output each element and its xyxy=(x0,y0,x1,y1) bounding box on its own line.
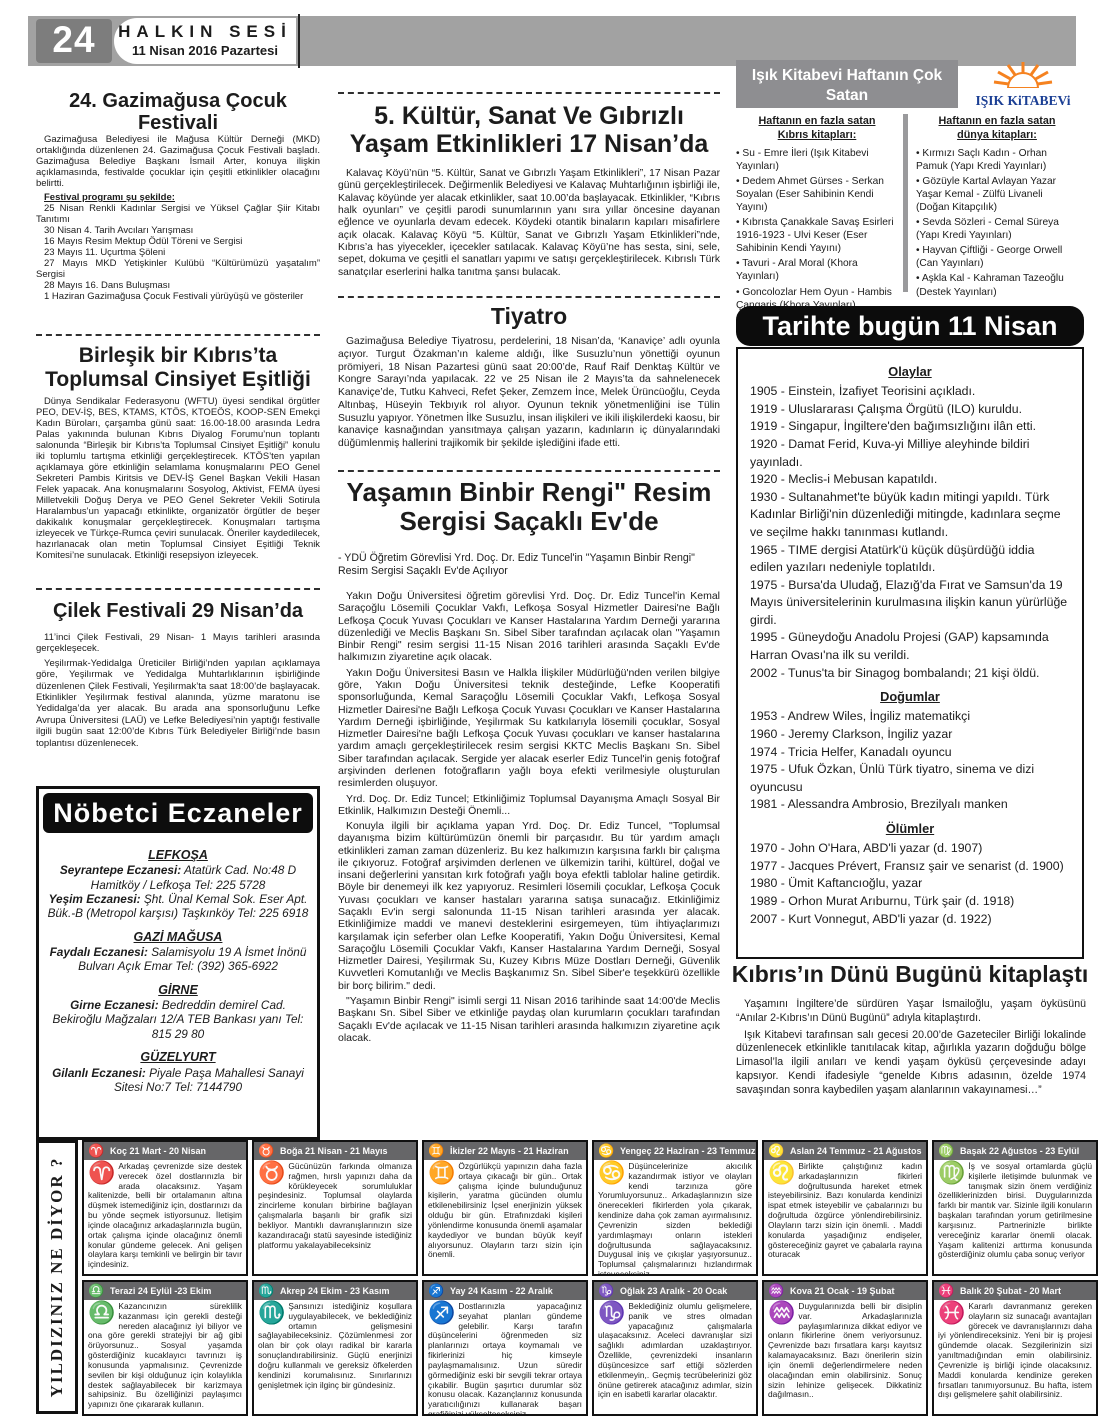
history-birth: 1960 - Jeremy Clarkson, İngiliz yazar xyxy=(750,726,1070,744)
festival-program-item: 1 Haziran Gazimağusa Çocuk Festivali yür… xyxy=(36,291,320,302)
masthead-divider xyxy=(298,14,300,68)
book-item: Hayvan Çiftliği - George Orwell (Can Yay… xyxy=(916,244,1078,270)
libra-icon: ♎ xyxy=(88,1302,115,1324)
isik-header-line1: Işık Kitabevi Haftanın Çok Satan xyxy=(736,66,958,106)
separator xyxy=(338,296,720,298)
cancer-icon: ♋ xyxy=(598,1142,614,1160)
sagittarius-icon: ♐ xyxy=(428,1282,444,1300)
resim-title-line2: Sergisi Saçaklı Ev'de xyxy=(338,507,720,536)
horoscope-header: ♒Kova 21 Ocak - 19 Şubat xyxy=(764,1282,926,1300)
sign-name: Oğlak 23 Aralık - 20 Ocak xyxy=(620,1286,727,1296)
book-item: Gözüyle Kartal Avlayan Yazar Yaşar Kemal… xyxy=(916,175,1078,214)
gemini-icon: ♊ xyxy=(428,1142,444,1160)
leo-icon: ♌ xyxy=(768,1162,795,1184)
isik-kitabevi-header: Işık Kitabevi Haftanın Çok Satan Kitapla… xyxy=(736,60,958,108)
article-tiyatro-body: Gazimağusa Belediye Tiyatrosu, perdeleri… xyxy=(338,336,720,468)
cilek-paragraph: Yeşilırmak-Yedidalga Üreticiler Birliği’… xyxy=(36,658,320,749)
aries-icon: ♈ xyxy=(88,1162,115,1184)
isik-logo-text: IŞIK KiTABEVi xyxy=(962,93,1084,109)
horoscope-aries: ♈Koç 21 Mart - 20 Nisan ♈Arkadaş çevreni… xyxy=(82,1140,248,1276)
history-birth: 1953 - Andrew Wiles, İngiliz matematikçi xyxy=(750,708,1070,726)
virgo-icon: ♍ xyxy=(938,1162,965,1184)
history-event: 2002 - Tunus'ta bir Sinagog bombalandı; … xyxy=(750,665,1070,683)
kultur-title-line1: 5. Kültür, Sanat Ve Gıbrızlı xyxy=(338,102,720,130)
horoscope-header: ♈Koç 21 Mart - 20 Nisan xyxy=(84,1142,246,1160)
festival-paragraph: Gazimağusa Belediyesi ile Mağusa Kültür … xyxy=(36,134,320,189)
festival-program-item: 16 Mayıs Resim Mektup Ödül Töreni ve Ser… xyxy=(36,236,320,247)
horoscope-text: ♉Gücünüzün farkında olmanıza rağmen, hır… xyxy=(254,1160,416,1252)
festival-program-item: 25 Nisan Renkli Kadınlar Sergisi ve Yüks… xyxy=(36,203,320,225)
horoscope-text: ♒Duygularınızda belli bir disiplin var. … xyxy=(764,1300,926,1402)
pharmacies-banner: Nöbetci Eczaneler xyxy=(43,793,313,833)
horoscope-text: ♍İş ve sosyal ortamlarda güçlü kişilerle… xyxy=(934,1160,1096,1262)
sign-name: Koç 21 Mart - 20 Nisan xyxy=(110,1146,206,1156)
kitap-paragraph: Işık Kitabevi tarafınsan salı gecesi 20.… xyxy=(736,1029,1086,1098)
pharmacy-name: Faydalı Eczanesi: xyxy=(50,945,148,959)
article-kultur-body: Kalavaç Köyü’nün “5. Kültür, Sanat ve Gı… xyxy=(338,168,720,292)
book-item: Dedem Ahmet Gürses - Serkan Soyalan (Ese… xyxy=(736,175,898,214)
taurus-icon: ♉ xyxy=(258,1142,274,1160)
article-cilek-body: 11’inci Çilek Festivali, 29 Nisan- 1 May… xyxy=(36,632,320,782)
article-festival-body: Gazimağusa Belediyesi ile Mağusa Kültür … xyxy=(36,134,320,334)
list-divider xyxy=(903,114,908,292)
aquarius-icon: ♒ xyxy=(768,1302,795,1324)
list-heading-line2: Kıbrıs kitapları: xyxy=(736,128,898,142)
history-section-heading: Ölümler xyxy=(750,820,1070,838)
horoscope-header: ♓Balık 20 Şubat - 20 Mart xyxy=(934,1282,1096,1300)
bestseller-lists: Haftanın en fazla satan Kıbrıs kitapları… xyxy=(736,114,1084,300)
history-birth: 1981 - Alessandra Ambrosio, Brezilyalı m… xyxy=(750,796,1070,814)
sign-name: Akrep 24 Ekim - 23 Kasım xyxy=(280,1286,390,1296)
kultur-paragraph: Kalavaç Köyü’nün “5. Kültür, Sanat ve Gı… xyxy=(338,168,720,279)
pharmacies-box: Nöbetci Eczaneler LEFKOŞA Seyrantepe Ecz… xyxy=(36,786,320,1140)
horoscope-text: ♑Beklediğiniz olumlu gelişmelere, panik … xyxy=(594,1300,756,1402)
book-item: Su - Emre İleri (Işık Kitabevi Yayınları… xyxy=(736,147,898,173)
masthead-title: HALKIN SESİ xyxy=(114,22,296,42)
festival-program-item: 27 Mayıs MKD Yetişkinler Kulübü “Kültürü… xyxy=(36,258,320,280)
pharmacy-name: Gilanlı Eczanesi: xyxy=(52,1066,146,1080)
festival-program-item: 30 Nisan 4. Tarih Avcıları Yarışması xyxy=(36,225,320,236)
horoscope-capricorn: ♑Oğlak 23 Aralık - 20 Ocak ♑Beklediğiniz… xyxy=(592,1280,758,1416)
horoscope-header: ♐Yay 24 Kasım - 22 Aralık xyxy=(424,1282,586,1300)
bestseller-list-world: Haftanın en fazla satan dünya kitapları:… xyxy=(916,114,1078,301)
article-festival-title: 24. Gazimağusa Çocuk Festivali xyxy=(36,90,320,135)
pharmacy-name: Seyrantepe Eczanesi: xyxy=(60,863,181,877)
horoscope-header: ♊İkizler 22 Mayıs - 21 Haziran xyxy=(424,1142,586,1160)
resim-paragraph: Yakın Doğu Üniversitesi öğretim görevlis… xyxy=(338,590,720,664)
horoscope-text: ♈Arkadaş çevrenizde size destek verecek … xyxy=(84,1160,246,1272)
horoscope-text: ♋Düşüncelerinize akıcılık kazandırmak is… xyxy=(594,1160,756,1276)
history-section-heading: Olaylar xyxy=(750,363,1070,381)
article-resim-title: Yaşamın Binbir Rengi" Resim Sergisi Saça… xyxy=(338,478,720,536)
pharmacy-entry: Faydalı Eczanesi: Salamisyolu 19 A İsmet… xyxy=(45,945,311,974)
article-kitap-body: Yaşamını İngiltere’de sürdüren Yaşar İsm… xyxy=(736,998,1086,1136)
capricorn-icon: ♑ xyxy=(598,1302,625,1324)
list-heading: Haftanın en fazla satan dünya kitapları: xyxy=(916,114,1078,142)
sagittarius-icon: ♐ xyxy=(428,1302,455,1324)
history-birth: 1975 - Ufuk Özkan, Ünlü Türk tiyatro, si… xyxy=(750,761,1070,796)
book-item: Kıbrısta Çanakkale Savaş Esirleri 1916-1… xyxy=(736,216,898,255)
list-heading: Haftanın en fazla satan Kıbrıs kitapları… xyxy=(736,114,898,142)
resim-paragraph: Konuyla ilgili bir açıklama yapan Yrd. D… xyxy=(338,820,720,992)
cancer-icon: ♋ xyxy=(598,1162,625,1184)
sign-name: Terazi 24 Eylül -23 Ekim xyxy=(110,1286,211,1296)
scorpio-icon: ♏ xyxy=(258,1282,274,1300)
article-resim-body: Yakın Doğu Üniversitesi öğretim görevlis… xyxy=(338,590,720,1138)
aries-icon: ♈ xyxy=(88,1142,104,1160)
masthead: HALKIN SESİ 11 Nisan 2016 Pazartesi xyxy=(114,18,296,64)
history-event: 1965 - TIME dergisi Atatürk'ü küçük düşü… xyxy=(750,542,1070,577)
horoscope-taurus: ♉Boğa 21 Nisan - 21 Mayıs ♉Gücünüzün far… xyxy=(252,1140,418,1276)
book-item: Aşkla Kal - Kahraman Tazeoğlu (Destek Ya… xyxy=(916,272,1078,298)
pharmacy-city: GÜZELYURT xyxy=(45,1050,311,1065)
pharmacy-entry: Seyrantepe Eczanesi: Atatürk Cad. No:48 … xyxy=(45,863,311,892)
gemini-icon: ♊ xyxy=(428,1162,455,1184)
tiyatro-paragraph: Gazimağusa Belediye Tiyatrosu, perdeleri… xyxy=(338,336,720,451)
aquarius-icon: ♒ xyxy=(768,1282,784,1300)
horoscope-gemini: ♊İkizler 22 Mayıs - 21 Haziran ♊Özgürlük… xyxy=(422,1140,588,1276)
pharmacy-entry: Gilanlı Eczanesi: Piyale Paşa Mahallesi … xyxy=(45,1066,311,1095)
taurus-icon: ♉ xyxy=(258,1162,285,1184)
article-kitap-title: Kıbrıs’ın Dünü Bugünü kitaplaştı xyxy=(730,962,1090,988)
separator xyxy=(338,92,720,94)
horoscope-leo: ♌Aslan 24 Temmuz - 21 Ağustos ♌Birlikte … xyxy=(762,1140,928,1276)
history-today-title: Tarihte bugün 11 Nisan xyxy=(736,306,1084,346)
history-death: 1970 - John O'Hara, ABD'li yazar (d. 190… xyxy=(750,840,1070,858)
history-event: 1920 - Damat Ferid, Kuva-yi Milliye aley… xyxy=(750,436,1070,471)
kitap-paragraph: Yaşamını İngiltere’de sürdüren Yaşar İsm… xyxy=(736,998,1086,1026)
horoscope-sagittarius: ♐Yay 24 Kasım - 22 Aralık ♐Dostlarınızla… xyxy=(422,1280,588,1416)
separator xyxy=(36,334,320,336)
article-kultur-title: 5. Kültür, Sanat Ve Gıbrızlı Yaşam Etkin… xyxy=(338,102,720,158)
newspaper-page: 24 HALKIN SESİ 11 Nisan 2016 Pazartesi 2… xyxy=(0,0,1102,1417)
separator xyxy=(36,588,320,590)
festival-program-item: 23 Mayıs 11. Uçurtma Şöleni xyxy=(36,247,320,258)
history-event: 1920 - Meclis-i Mebusan kapatıldı. xyxy=(750,471,1070,489)
pharmacy-city: LEFKOŞA xyxy=(45,848,311,863)
sign-name: Başak 22 Ağustos - 23 Eylül xyxy=(960,1146,1079,1156)
history-event: 1919 - Singapur, İngiltere'den bağımsızl… xyxy=(750,418,1070,436)
book-item: Tavuri - Aral Moral (Khora Yayınları) xyxy=(736,257,898,283)
article-tiyatro-title: Tiyatro xyxy=(338,304,720,330)
kultur-title-line2: Yaşam Etkinlikleri 17 Nisan’da xyxy=(338,130,720,158)
history-death: 2007 - Kurt Vonnegut, ABD'li yazar (d. 1… xyxy=(750,911,1070,929)
horoscope-text: ♓Kararlı davranmanız gereken olayların s… xyxy=(934,1300,1096,1402)
horoscope-text: ♊Özgürlükçü yapınızın daha fazla ortaya … xyxy=(424,1160,586,1262)
horoscope-header: ♑Oğlak 23 Aralık - 20 Ocak xyxy=(594,1282,756,1300)
horoscope-header: ♍Başak 22 Ağustos - 23 Eylül xyxy=(934,1142,1096,1160)
pharmacy-entry: Girne Eczanesi: Bedreddin demirel Cad. B… xyxy=(45,998,311,1041)
book-item: Sevda Sözleri - Cemal Süreya (Yapı Kredi… xyxy=(916,216,1078,242)
pharmacy-city: GİRNE xyxy=(45,983,311,998)
horoscope-header: ♌Aslan 24 Temmuz - 21 Ağustos xyxy=(764,1142,926,1160)
horoscope-header: ♏Akrep 24 Ekim - 23 Kasım xyxy=(254,1282,416,1300)
horoscope-banner-text: YILDIZINIZ NE DİYOR ? xyxy=(47,1157,67,1398)
horoscope-header: ♎Terazi 24 Eylül -23 Ekim xyxy=(84,1282,246,1300)
pharmacy-city: GAZİ MAĞUSA xyxy=(45,930,311,945)
article-cinsiyet-body: Dünya Sendikalar Federasyonu (WFTU) üyes… xyxy=(36,395,320,581)
history-event: 1930 - Sultanahmet'te büyük kadın miting… xyxy=(750,489,1070,542)
list-heading-line2: dünya kitapları: xyxy=(916,128,1078,142)
isik-kitabevi-logo: IŞIK KiTABEVi xyxy=(962,58,1084,110)
horoscope-text: ♎Kazancınızın süreklilik kazanması için … xyxy=(84,1300,246,1412)
horoscope-cancer: ♋Yengeç 22 Haziran - 23 Temmuz ♋Düşüncel… xyxy=(592,1140,758,1276)
resim-paragraph: Yakın Doğu Üniversitesi Basın ve Halkla … xyxy=(338,667,720,790)
sign-name: Yay 24 Kasım - 22 Aralık xyxy=(450,1286,553,1296)
history-event: 1905 - Einstein, İzafiyet Teorisini açık… xyxy=(750,383,1070,401)
pisces-icon: ♓ xyxy=(938,1302,965,1324)
pharmacy-entry: Yeşim Eczanesi: Şht. Ünal Kemal Sok. Ese… xyxy=(45,892,311,921)
masthead-date: 11 Nisan 2016 Pazartesi xyxy=(114,43,296,58)
history-today-box: Olaylar 1905 - Einstein, İzafiyet Teoris… xyxy=(736,347,1084,959)
list-heading-line1: Haftanın en fazla satan xyxy=(736,114,898,128)
sign-name: Balık 20 Şubat - 20 Mart xyxy=(960,1286,1061,1296)
horoscope-libra: ♎Terazi 24 Eylül -23 Ekim ♎Kazancınızın … xyxy=(82,1280,248,1416)
festival-program-item: 28 Mayıs 16. Dans Buluşması xyxy=(36,280,320,291)
history-death: 1980 - Ümit Kaftancıoğlu, yazar xyxy=(750,875,1070,893)
virgo-icon: ♍ xyxy=(938,1142,954,1160)
sign-name: Yengeç 22 Haziran - 23 Temmuz xyxy=(620,1146,755,1156)
cilek-paragraph: 11’inci Çilek Festivali, 29 Nisan- 1 May… xyxy=(36,632,320,655)
pharmacy-name: Yeşim Eczanesi: xyxy=(49,892,141,906)
resim-paragraph: "Yaşamın Binbir Rengi" isimli sergi 11 N… xyxy=(338,995,720,1044)
history-death: 1977 - Jacques Prévert, Fransız şair ve … xyxy=(750,858,1070,876)
sign-name: Kova 21 Ocak - 19 Şubat xyxy=(790,1286,895,1296)
article-cinsiyet-title: Birleşik bir Kıbrıs’ta Toplumsal Cinsiye… xyxy=(36,344,320,391)
pisces-icon: ♓ xyxy=(938,1282,954,1300)
horoscope-text: ♏Şansınızı istediğiniz koşullara uygulay… xyxy=(254,1300,416,1392)
history-event: 1919 - Uluslararası Çalışma Örgütü (ILO)… xyxy=(750,401,1070,419)
horoscope-pisces: ♓Balık 20 Şubat - 20 Mart ♓Kararlı davra… xyxy=(932,1280,1098,1416)
horoscope-text: ♐Dostlarınızla yapacağınız seyahat planl… xyxy=(424,1300,586,1416)
libra-icon: ♎ xyxy=(88,1282,104,1300)
horoscope-header: ♉Boğa 21 Nisan - 21 Mayıs xyxy=(254,1142,416,1160)
pharmacy-name: Girne Eczanesi: xyxy=(70,998,159,1012)
history-death: 1989 - Orhon Murat Arıburnu, Türk şair (… xyxy=(750,893,1070,911)
sun-rays-icon xyxy=(988,58,1058,88)
festival-program-label: Festival programı şu şekilde: xyxy=(36,192,320,203)
bestseller-list-cyprus: Haftanın en fazla satan Kıbrıs kitapları… xyxy=(736,114,898,314)
book-item: Kırmızı Saçlı Kadın - Orhan Pamuk (Yapı … xyxy=(916,147,1078,173)
article-resim-lead: - YDÜ Öğretim Görevlisi Yrd. Doç. Dr. Ed… xyxy=(338,552,720,578)
sign-name: Aslan 24 Temmuz - 21 Ağustos xyxy=(790,1146,922,1156)
resim-title-line1: Yaşamın Binbir Rengi" Resim xyxy=(338,478,720,507)
list-heading-line1: Haftanın en fazla satan xyxy=(916,114,1078,128)
separator xyxy=(338,470,720,472)
history-event: 1975 - Bursa'da Uludağ, Elazığ'da Fırat … xyxy=(750,577,1070,630)
page-number: 24 xyxy=(36,19,112,63)
horoscope-header: ♋Yengeç 22 Haziran - 23 Temmuz xyxy=(594,1142,756,1160)
horoscope-aquarius: ♒Kova 21 Ocak - 19 Şubat ♒Duygularınızda… xyxy=(762,1280,928,1416)
horoscope-banner: YILDIZINIZ NE DİYOR ? xyxy=(36,1140,78,1414)
scorpio-icon: ♏ xyxy=(258,1302,285,1324)
sign-name: Boğa 21 Nisan - 21 Mayıs xyxy=(280,1146,388,1156)
horoscope-text: ♌Birlikte çalıştığınız kadın arkadaşları… xyxy=(764,1160,926,1262)
sign-name: İkizler 22 Mayıs - 21 Haziran xyxy=(450,1146,569,1156)
history-event: 1995 - Güneydoğu Anadolu Projesi (GAP) k… xyxy=(750,629,1070,664)
history-section-heading: Doğumlar xyxy=(750,688,1070,706)
history-birth: 1974 - Tricia Helfer, Kanadalı oyuncu xyxy=(750,744,1070,762)
cinsiyet-paragraph: Dünya Sendikalar Federasyonu (WFTU) üyes… xyxy=(36,395,320,560)
horoscope-virgo: ♍Başak 22 Ağustos - 23 Eylül ♍İş ve sosy… xyxy=(932,1140,1098,1276)
capricorn-icon: ♑ xyxy=(598,1282,614,1300)
pharmacies-content: LEFKOŞA Seyrantepe Eczanesi: Atatürk Cad… xyxy=(39,837,317,1096)
horoscope-scorpio: ♏Akrep 24 Ekim - 23 Kasım ♏Şansınızı ist… xyxy=(252,1280,418,1416)
article-cilek-title: Çilek Festivali 29 Nisan’da xyxy=(36,600,320,622)
resim-paragraph: Yrd. Doç. Dr. Ediz Tuncel; Etkinliğimiz … xyxy=(338,793,720,818)
leo-icon: ♌ xyxy=(768,1142,784,1160)
